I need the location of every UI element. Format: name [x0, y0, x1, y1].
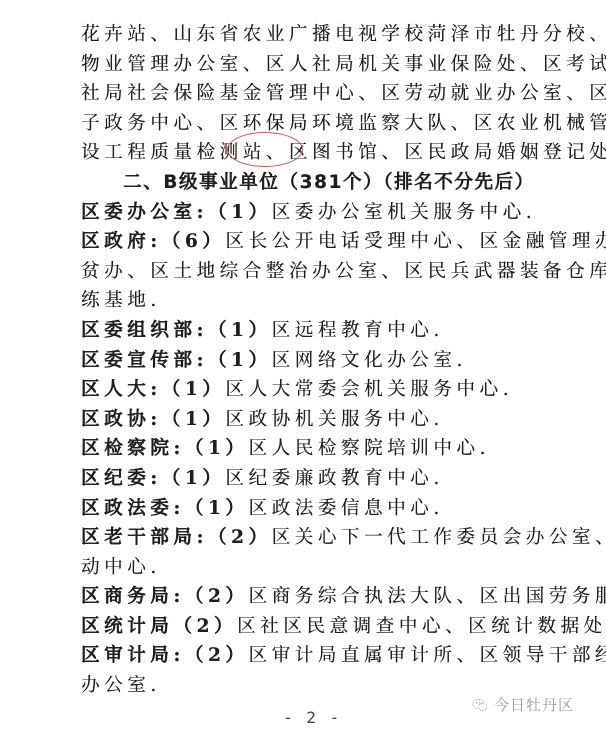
text-before-highlight: 设工程质量检测站、 — [81, 142, 289, 163]
entry-line: 区政府:（6）区长公开电话受理中心、区金融管理办公室、区扶 — [81, 227, 533, 257]
entry-text: 区长公开电话受理中心、区金融管理办公室、区扶 — [225, 231, 606, 252]
entry-line: 区政法委:（1）区政法委信息中心. — [81, 494, 533, 524]
document-page: 花卉站、山东省农业广播电视学校菏泽市牡丹分校、区住宅小区 物业管理办公室、区人社… — [81, 20, 533, 701]
entry-org: 区政法委: — [81, 498, 185, 519]
entry-count: （2） — [208, 527, 272, 548]
entry-text: 区审计局直属审计所、区领导干部经济责任审计 — [249, 645, 606, 666]
entry-continuation: 贫办、区土地综合整治办公室、区民兵武器装备仓库、区民兵训 — [81, 257, 533, 287]
entry-count: （2） — [185, 586, 249, 607]
entry-text: 区政协机关服务中心. — [225, 409, 443, 430]
entry-text: 区委办公室机关服务中心. — [272, 202, 537, 223]
entry-line: 区委办公室:（1）区委办公室机关服务中心. — [81, 198, 533, 228]
entry-org: 区统计局 — [81, 616, 173, 637]
entry-org: 区委组织部: — [81, 320, 208, 341]
entry-count: （1） — [162, 468, 226, 489]
text-line-with-highlight: 设工程质量检测站、区图书馆、区民政局婚姻登记处. — [81, 138, 533, 168]
section-heading: 二、B级事业单位（381个）（排名不分先后） — [81, 168, 533, 198]
entry-text: 区纪委廉政教育中心. — [225, 468, 443, 489]
entry-text: 区关心下一代工作委员会办公室、区老干部活 — [272, 527, 606, 548]
entry-continuation: 动中心. — [81, 553, 533, 583]
entry-org: 区委宣传部: — [81, 350, 208, 371]
entry-text: 区社区民意调查中心、区统计数据处理中心. — [237, 616, 606, 637]
entry-count: （6） — [162, 231, 226, 252]
text-line: 物业管理办公室、区人社局机关事业保险处、区考试中心、区人 — [81, 50, 533, 80]
watermark: 今日牡丹区 — [472, 694, 574, 715]
entry-org: 区政协: — [81, 409, 162, 430]
entry-count: （2） — [185, 645, 249, 666]
entry-text: 区远程教育中心. — [272, 320, 444, 341]
entry-count: （1） — [162, 409, 226, 430]
entry-org: 区审计局: — [81, 645, 185, 666]
page-number: - 2 - — [283, 708, 341, 727]
text-line: 社局社会保险基金管理中心、区劳动就业办公室、区机构编制电 — [81, 79, 533, 109]
entry-line: 区老干部局:（2）区关心下一代工作委员会办公室、区老干部活 — [81, 523, 533, 553]
entry-org: 区检察院: — [81, 438, 185, 459]
entry-count: （1） — [185, 438, 249, 459]
entry-line: 区商务局:（2）区商务综合执法大队、区出国劳务服务中心. — [81, 582, 533, 612]
entry-count: （1） — [208, 202, 272, 223]
entry-line: 区委宣传部:（1）区网络文化办公室. — [81, 346, 533, 376]
entry-count: （1） — [208, 350, 272, 371]
highlighted-text-library: 区图书馆、 — [289, 142, 405, 163]
entry-line: 区委组织部:（1）区远程教育中心. — [81, 316, 533, 346]
entry-count: （2） — [173, 616, 237, 637]
entry-count: （1） — [162, 379, 226, 400]
entry-line: 区政协:（1）区政协机关服务中心. — [81, 405, 533, 435]
watermark-label: 今日牡丹区 — [494, 694, 574, 715]
entry-continuation: 办公室. — [81, 671, 533, 701]
entry-org: 区政府: — [81, 231, 162, 252]
entry-line: 区纪委:（1）区纪委廉政教育中心. — [81, 464, 533, 494]
entry-org: 区老干部局: — [81, 527, 208, 548]
entry-line: 区审计局:（2）区审计局直属审计所、区领导干部经济责任审计 — [81, 641, 533, 671]
entry-count: （1） — [208, 320, 272, 341]
entry-line: 区统计局（2）区社区民意调查中心、区统计数据处理中心. — [81, 612, 533, 642]
entry-line: 区检察院:（1）区人民检察院培训中心. — [81, 434, 533, 464]
entry-text: 区人大常委会机关服务中心. — [225, 379, 513, 400]
text-after-highlight: 区民政局婚姻登记处. — [404, 142, 606, 163]
entry-continuation: 练基地. — [81, 286, 533, 316]
entry-org: 区委办公室: — [81, 202, 208, 223]
entry-line: 区人大:（1）区人大常委会机关服务中心. — [81, 375, 533, 405]
entry-text: 区网络文化办公室. — [272, 350, 467, 371]
entry-text: 区人民检察院培训中心. — [249, 438, 490, 459]
entry-count: （1） — [185, 498, 249, 519]
entry-org: 区纪委: — [81, 468, 162, 489]
entry-org: 区商务局: — [81, 586, 185, 607]
text-line: 花卉站、山东省农业广播电视学校菏泽市牡丹分校、区住宅小区 — [81, 20, 533, 50]
entry-text: 区商务综合执法大队、区出国劳务服务中心. — [249, 586, 606, 607]
entry-org: 区人大: — [81, 379, 162, 400]
text-line: 子政务中心、区环保局环境监察大队、区农业机械管理站、区建 — [81, 109, 533, 139]
entry-text: 区政法委信息中心. — [249, 498, 444, 519]
wechat-icon — [472, 698, 488, 712]
